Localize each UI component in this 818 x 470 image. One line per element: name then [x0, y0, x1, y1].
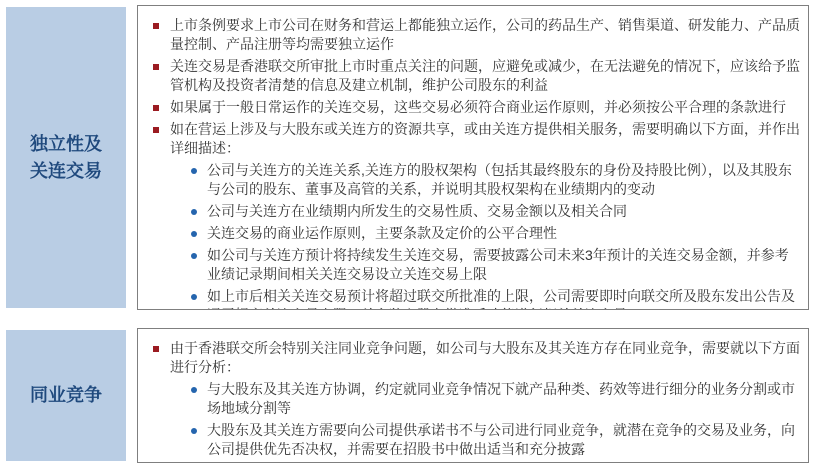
section-horizontal-competition: 同业竞争 由于香港联交所会特别关注同业竞争问题，如公司与大股东及其关连方存在同业… — [6, 328, 809, 463]
section-content-competition: 由于香港联交所会特别关注同业竞争问题，如公司与大股东及其关连方存在同业竞争，需要… — [137, 328, 809, 463]
dot-bullet-icon — [191, 231, 197, 237]
section-label-independence: 独立性及 关连交易 — [6, 7, 126, 308]
bullet-text: 如在营运上涉及与大股东或关连方的资源共享，或由关连方提供相关服务，需要明确以下方… — [170, 120, 800, 158]
bullet-text: 公司与关连方的关连关系,关连方的股权架构（包括其最终股东的身份及持股比例），以及… — [207, 161, 800, 199]
bullet-item: 由于香港联交所会特别关注同业竞争问题，如公司与大股东及其关连方存在同业竞争，需要… — [138, 339, 800, 377]
bullet-sub-item: 公司与关连方的关连关系,关连方的股权架构（包括其最终股东的身份及持股比例），以及… — [138, 161, 800, 199]
square-bullet-icon — [153, 64, 159, 70]
section-label-competition: 同业竞争 — [6, 330, 126, 461]
square-bullet-icon — [153, 23, 159, 29]
bullet-text: 如果属于一般日常运作的关连交易，这些交易必须符合商业运作原则，并必须按公平合理的… — [170, 98, 786, 117]
dot-bullet-icon — [191, 387, 197, 393]
bullet-text: 由于香港联交所会特别关注同业竞争问题，如公司与大股东及其关连方存在同业竞争，需要… — [170, 339, 800, 377]
square-bullet-icon — [153, 105, 159, 111]
bullet-text: 关连交易的商业运作原则，主要条款及定价的公平合理性 — [207, 224, 557, 243]
bullet-sub-item: 如上市后相关关连交易预计将超过联交所批准的上限，公司需要即时向联交所及股东发出公… — [138, 287, 800, 310]
bullet-text: 关连交易是香港联交所审批上市时重点关注的问题，应避免或减少，在无法避免的情况下，… — [170, 57, 800, 95]
bullet-sub-item: 公司与关连方在业绩期内所发生的交易性质、交易金额以及相关合同 — [138, 202, 800, 221]
bullet-sub-item: 关连交易的商业运作原则，主要条款及定价的公平合理性 — [138, 224, 800, 243]
bullet-text: 如公司与关连方预计将持续发生关连交易，需要披露公司未来3年预计的关连交易金额，并… — [207, 246, 800, 284]
bullet-sub-item: 如公司与关连方预计将持续发生关连交易，需要披露公司未来3年预计的关连交易金额，并… — [138, 246, 800, 284]
bullet-text: 上市条例要求上市公司在财务和营运上都能独立运作，公司的药品生产、销售渠道、研发能… — [170, 16, 800, 54]
slide-page: 独立性及 关连交易 上市条例要求上市公司在财务和营运上都能独立运作，公司的药品生… — [0, 0, 818, 470]
bullet-item: 上市条例要求上市公司在财务和营运上都能独立运作，公司的药品生产、销售渠道、研发能… — [138, 16, 800, 54]
bullet-item: 关连交易是香港联交所审批上市时重点关注的问题，应避免或减少，在无法避免的情况下，… — [138, 57, 800, 95]
bullet-text: 公司与关连方在业绩期内所发生的交易性质、交易金额以及相关合同 — [207, 202, 627, 221]
dot-bullet-icon — [191, 294, 197, 300]
dot-bullet-icon — [191, 209, 197, 215]
dot-bullet-icon — [191, 428, 197, 434]
bullet-text: 如上市后相关关连交易预计将超过联交所批准的上限，公司需要即时向联交所及股东发出公… — [207, 287, 800, 310]
bullet-text: 大股东及其关连方需要向公司提供承诺书不与公司进行同业竞争，就潜在竞争的交易及业务… — [207, 421, 800, 459]
section-content-independence: 上市条例要求上市公司在财务和营运上都能独立运作，公司的药品生产、销售渠道、研发能… — [137, 5, 809, 310]
bullet-sub-item: 与大股东及其关连方协调，约定就同业竞争情况下就产品种类、药效等进行细分的业务分割… — [138, 380, 800, 418]
square-bullet-icon — [153, 127, 159, 133]
bullet-text: 与大股东及其关连方协调，约定就同业竞争情况下就产品种类、药效等进行细分的业务分割… — [207, 380, 800, 418]
square-bullet-icon — [153, 346, 159, 352]
dot-bullet-icon — [191, 253, 197, 259]
bullet-item: 如果属于一般日常运作的关连交易，这些交易必须符合商业运作原则，并必须按公平合理的… — [138, 98, 800, 117]
section-independence-connected-transactions: 独立性及 关连交易 上市条例要求上市公司在财务和营运上都能独立运作，公司的药品生… — [6, 5, 809, 310]
bullet-item: 如在营运上涉及与大股东或关连方的资源共享，或由关连方提供相关服务，需要明确以下方… — [138, 120, 800, 158]
dot-bullet-icon — [191, 168, 197, 174]
bullet-sub-item: 大股东及其关连方需要向公司提供承诺书不与公司进行同业竞争，就潜在竞争的交易及业务… — [138, 421, 800, 459]
